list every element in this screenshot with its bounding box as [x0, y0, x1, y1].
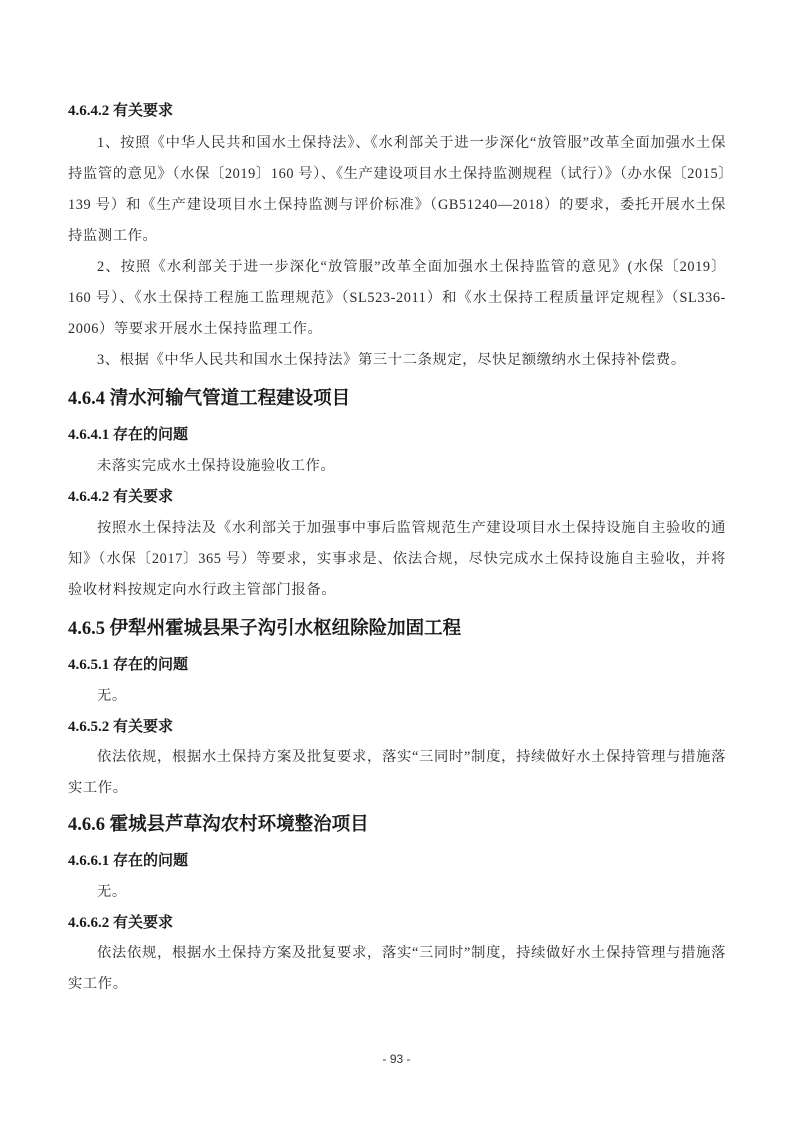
subsection-heading: 4.6.6.2 有关要求: [68, 913, 726, 933]
subsection-heading: 4.6.4.2 有关要求: [68, 487, 726, 507]
paragraph: 无。: [68, 681, 726, 712]
paragraph: 按照水土保持法及《水利部关于加强事中事后监管规范生产建设项目水土保持设施自主验收…: [68, 513, 726, 606]
paragraph: 1、按照《中华人民共和国水土保持法》、《水利部关于进一步深化“放管服”改革全面加…: [68, 128, 726, 252]
subsection-heading: 4.6.6.1 存在的问题: [68, 851, 726, 871]
paragraph: 2、按照《水利部关于进一步深化“放管服”改革全面加强水土保持监管的意见》(水保〔…: [68, 252, 726, 345]
subsection-heading: 4.6.5.2 有关要求: [68, 717, 726, 737]
section-title: 4.6.4 清水河输气管道工程建设项目: [68, 387, 726, 411]
paragraph: 3、根据《中华人民共和国水土保持法》第三十二条规定，尽快足额缴纳水土保持补偿费。: [68, 345, 726, 376]
page-number: - 93 -: [0, 1052, 793, 1066]
subsection-heading: 4.6.5.1 存在的问题: [68, 655, 726, 675]
paragraph: 依法依规，根据水土保持方案及批复要求，落实“三同时”制度，持续做好水土保持管理与…: [68, 938, 726, 1000]
section-title: 4.6.5 伊犁州霍城县果子沟引水枢纽除险加固工程: [68, 617, 726, 641]
subsection-heading: 4.6.4.2 有关要求: [68, 101, 726, 121]
section-title: 4.6.6 霍城县芦草沟农村环境整治项目: [68, 813, 726, 837]
subsection-heading: 4.6.4.1 存在的问题: [68, 425, 726, 445]
paragraph: 依法依规，根据水土保持方案及批复要求，落实“三同时”制度，持续做好水土保持管理与…: [68, 742, 726, 804]
paragraph: 未落实完成水土保持设施验收工作。: [68, 451, 726, 482]
paragraph: 无。: [68, 877, 726, 908]
